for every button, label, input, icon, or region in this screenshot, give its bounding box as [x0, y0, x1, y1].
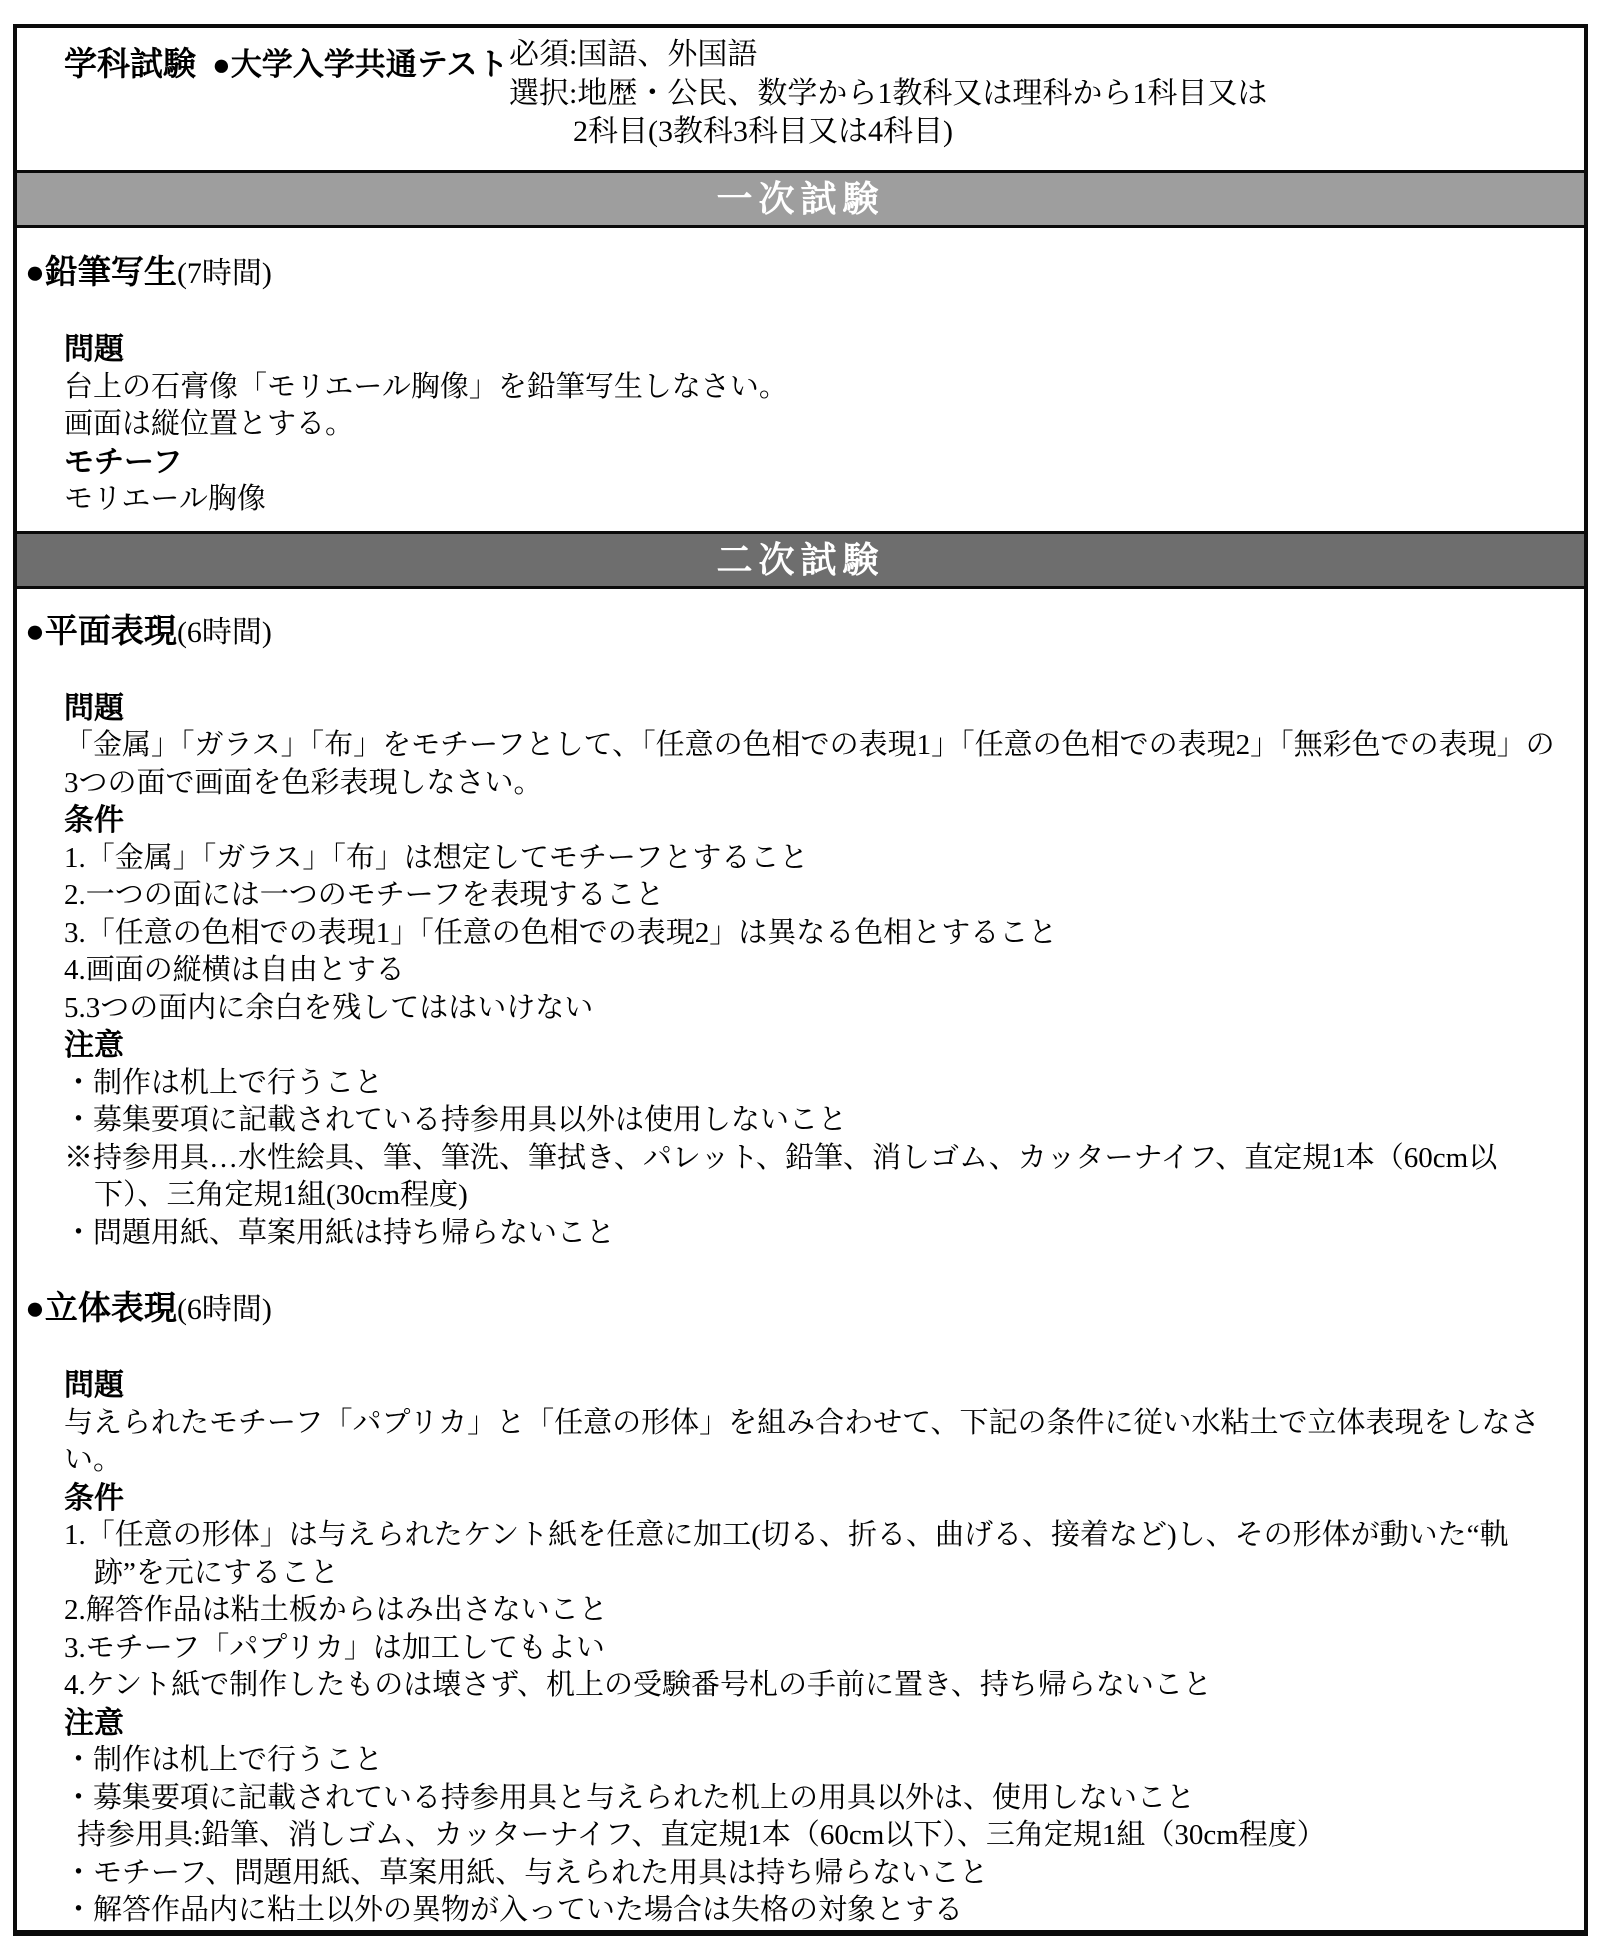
- elective-subjects-line2: 2科目(3教科3科目又は4科目): [509, 113, 1267, 152]
- required-subjects: 必須:国語、外国語: [509, 36, 1267, 75]
- subject-label: 学科試験: [64, 45, 196, 82]
- section-duration: (6時間): [177, 616, 272, 649]
- section-duration: (7時間): [177, 257, 272, 290]
- text-line: 4.画面の縦横は自由とする: [64, 952, 1566, 990]
- text-line: 「金属」「ガラス」「布」をモチーフとして、「任意の色相での表現1」「任意の色相で…: [64, 727, 1566, 802]
- subheading: 問題: [64, 331, 1566, 369]
- section-title-pencil-drawing: ●鉛筆写生(7時間): [17, 246, 1584, 293]
- text-line: 4.ケント紙で制作したものは壊さず、机上の受験番号札の手前に置き、持ち帰らないこ…: [64, 1667, 1566, 1705]
- academic-exam-title: 学科試験●大学入学共通テスト: [64, 38, 508, 85]
- elective-subjects-line1: 選択:地歴・公民、数学から1教科又は理科から1科目又は: [509, 75, 1267, 114]
- subject-detail: 必須:国語、外国語 選択:地歴・公民、数学から1教科又は理科から1科目又は 2科…: [509, 36, 1267, 152]
- text-line: 持参用具:鉛筆、消しゴム、カッターナイフ、直定規1本（60cm以下）、三角定規1…: [64, 1817, 1566, 1855]
- section-body: 問題台上の石膏像「モリエール胸像」を鉛筆写生しなさい。画面は縦位置とする。モチー…: [17, 331, 1584, 519]
- section-title-flat-expression: ●平面表現(6時間): [17, 605, 1584, 652]
- section-title-text: ●立体表現: [25, 1289, 177, 1326]
- subheading: 注意: [64, 1027, 1566, 1065]
- section-title-solid-expression: ●立体表現(6時間): [17, 1282, 1584, 1329]
- subheading: 問題: [64, 690, 1566, 728]
- academic-exam-row: 学科試験●大学入学共通テスト 必須:国語、外国語 選択:地歴・公民、数学から1教…: [17, 28, 1584, 170]
- subheading: 条件: [64, 1480, 1566, 1518]
- exam-info-table: 学科試験●大学入学共通テスト 必須:国語、外国語 選択:地歴・公民、数学から1教…: [13, 24, 1588, 1920]
- subject-name: ●大学入学共通テスト: [212, 47, 508, 82]
- text-line: モリエール胸像: [64, 481, 1566, 519]
- first-exam-band: 一次試験: [17, 170, 1584, 228]
- section-body: 問題「金属」「ガラス」「布」をモチーフとして、「任意の色相での表現1」「任意の色…: [17, 690, 1584, 1253]
- first-exam-section: ●鉛筆写生(7時間) 問題台上の石膏像「モリエール胸像」を鉛筆写生しなさい。画面…: [17, 228, 1584, 531]
- text-line: ・モチーフ、問題用紙、草案用紙、与えられた用具は持ち帰らないこと: [64, 1855, 1566, 1893]
- second-exam-section-solid: ●立体表現(6時間) 問題与えられたモチーフ「パプリカ」と「任意の形体」を組み合…: [17, 1282, 1584, 1920]
- text-line: 2.解答作品は粘土板からはみ出さないこと: [64, 1592, 1566, 1630]
- section-duration: (6時間): [177, 1293, 272, 1326]
- text-line: 与えられたモチーフ「パプリカ」と「任意の形体」を組み合わせて、下記の条件に従い水…: [64, 1405, 1566, 1480]
- section-body: 問題与えられたモチーフ「パプリカ」と「任意の形体」を組み合わせて、下記の条件に従…: [17, 1367, 1584, 1920]
- second-exam-band: 二次試験: [17, 531, 1584, 589]
- section-title-text: ●鉛筆写生: [25, 253, 177, 290]
- text-line: 2.一つの面には一つのモチーフを表現すること: [64, 877, 1566, 915]
- text-line: ※持参用具…水性絵具、筆、筆洗、筆拭き、パレット、鉛筆、消しゴム、カッターナイフ…: [64, 1140, 1566, 1215]
- text-line: ・募集要項に記載されている持参用具と与えられた机上の用具以外は、使用しないこと: [64, 1780, 1566, 1818]
- text-line: 画面は縦位置とする。: [64, 406, 1566, 444]
- text-line: 1.「任意の形体」は与えられたケント紙を任意に加工(切る、折る、曲げる、接着など…: [64, 1517, 1566, 1592]
- text-line: 1.「金属」「ガラス」「布」は想定してモチーフとすること: [64, 840, 1566, 878]
- text-line: 3.「任意の色相での表現1」「任意の色相での表現2」は異なる色相とすること: [64, 915, 1566, 953]
- section-title-text: ●平面表現: [25, 612, 177, 649]
- second-exam-section-flat: ●平面表現(6時間) 問題「金属」「ガラス」「布」をモチーフとして、「任意の色相…: [17, 589, 1584, 1253]
- text-line: ・解答作品内に粘土以外の異物が入っていた場合は失格の対象とする: [64, 1892, 1566, 1920]
- text-line: 3.モチーフ「パプリカ」は加工してもよい: [64, 1630, 1566, 1668]
- subheading: 問題: [64, 1367, 1566, 1405]
- subheading: 注意: [64, 1705, 1566, 1743]
- text-line: ・募集要項に記載されている持参用具以外は使用しないこと: [64, 1102, 1566, 1140]
- subheading: 条件: [64, 802, 1566, 840]
- text-line: 5.3つの面内に余白を残してははいけない: [64, 990, 1566, 1028]
- text-line: ・問題用紙、草案用紙は持ち帰らないこと: [64, 1215, 1566, 1253]
- subheading: モチーフ: [64, 444, 1566, 482]
- text-line: ・制作は机上で行うこと: [64, 1065, 1566, 1103]
- text-line: 台上の石膏像「モリエール胸像」を鉛筆写生しなさい。: [64, 369, 1566, 407]
- text-line: ・制作は机上で行うこと: [64, 1742, 1566, 1780]
